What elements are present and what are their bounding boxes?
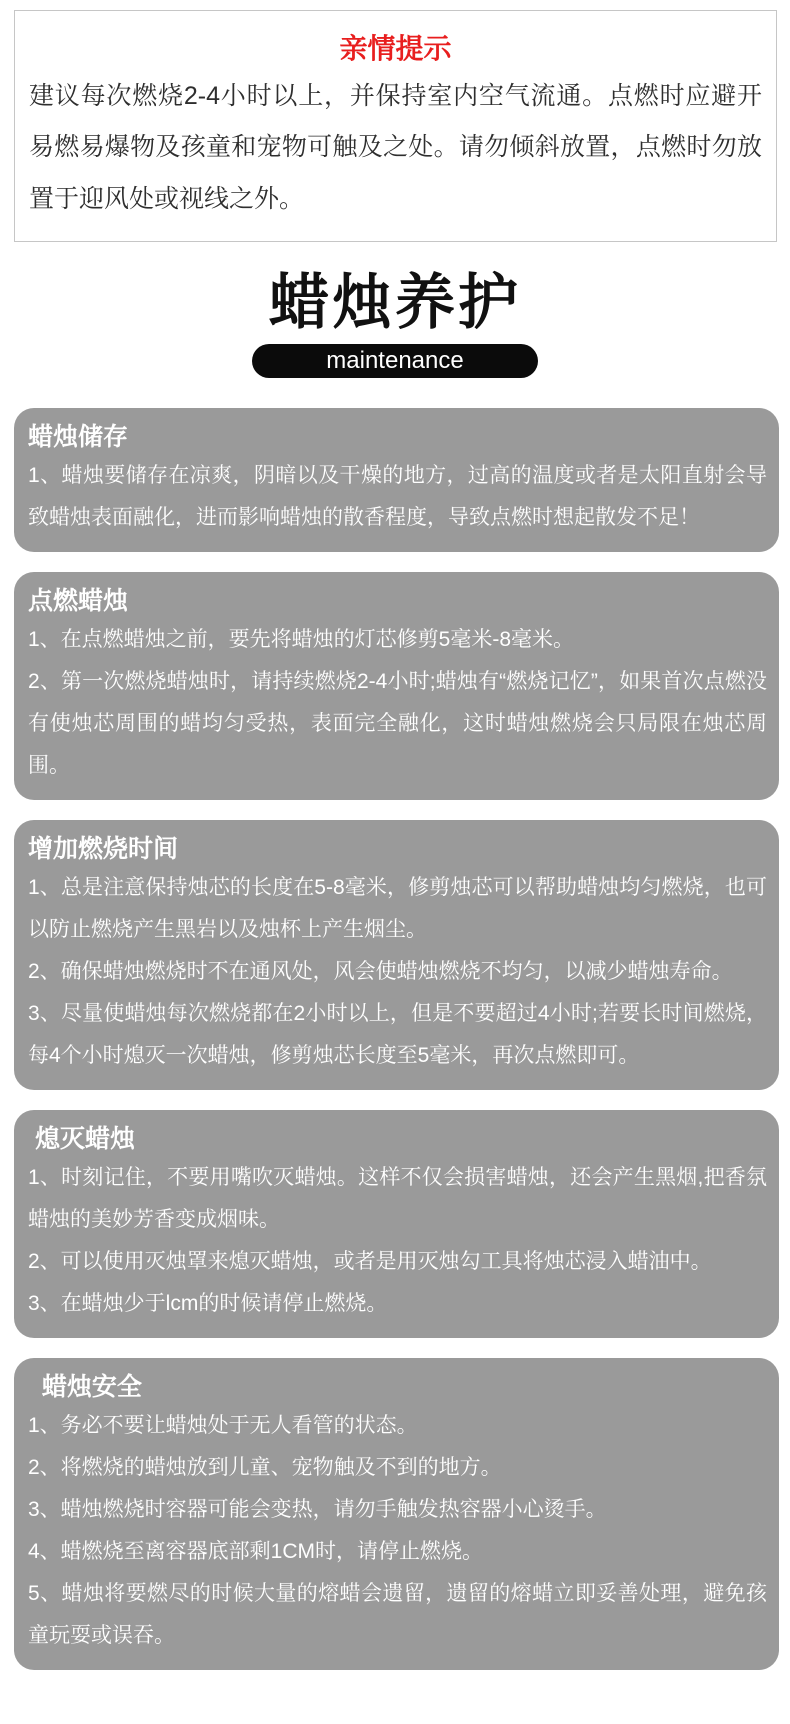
care-section-card: 蜡烛安全 1、务必不要让蜡烛处于无人看管的状态。2、将燃烧的蜡烛放到儿童、宠物触… [14,1358,779,1670]
care-section-card: 增加燃烧时间 1、总是注意保持烛芯的长度在5-8毫米，修剪烛芯可以帮助蜡烛均匀燃… [14,820,779,1090]
care-section-title: 增加燃烧时间 [28,831,767,867]
care-item: 5、蜡烛将要燃尽的时候大量的熔蜡会遗留，遗留的熔蜡立即妥善处理，避免孩童玩耍或误… [28,1573,767,1657]
care-item: 4、蜡燃烧至离容器底部剩1CM时，请停止燃烧。 [28,1531,767,1573]
care-section-card: 点燃蜡烛 1、在点燃蜡烛之前，要先将蜡烛的灯芯修剪5毫米-8毫米。2、第一次燃烧… [14,572,779,800]
friendly-notice-box: 亲情提示 建议每次燃烧2-4小时以上，并保持室内空气流通。点燃时应避开易燃易爆物… [14,10,777,242]
care-section-body: 1、蜡烛要储存在凉爽，阴暗以及干燥的地方，过高的温度或者是太阳直射会导致蜡烛表面… [28,455,767,539]
care-section-body: 1、在点燃蜡烛之前，要先将蜡烛的灯芯修剪5毫米-8毫米。2、第一次燃烧蜡烛时，请… [28,619,767,787]
care-section-title: 蜡烛安全 [28,1369,767,1405]
care-item: 1、时刻记住，不要用嘴吹灭蜡烛。这样不仅会损害蜡烛，还会产生黑烟,把香氛蜡烛的美… [28,1157,767,1241]
care-section-title: 蜡烛储存 [28,419,767,455]
care-item: 3、在蜡烛少于lcm的时候请停止燃烧。 [28,1283,767,1325]
care-item: 2、确保蜡烛燃烧时不在通风处，风会使蜡烛燃烧不均匀，以减少蜡烛寿命。 [28,951,767,993]
page-title: 蜡烛养护 [0,270,790,336]
care-item: 3、蜡烛燃烧时容器可能会变热，请勿手触发热容器小心烫手。 [28,1489,767,1531]
candle-care-page: 亲情提示 建议每次燃烧2-4小时以上，并保持室内空气流通。点燃时应避开易燃易爆物… [0,10,790,1724]
care-item: 1、务必不要让蜡烛处于无人看管的状态。 [28,1405,767,1447]
care-sections: 蜡烛储存 1、蜡烛要储存在凉爽，阴暗以及干燥的地方，过高的温度或者是太阳直射会导… [14,408,779,1670]
subtitle-pill: maintenance [252,344,538,378]
care-item: 1、蜡烛要储存在凉爽，阴暗以及干燥的地方，过高的温度或者是太阳直射会导致蜡烛表面… [28,455,767,539]
care-section-title: 点燃蜡烛 [28,583,767,619]
notice-body-text: 建议每次燃烧2-4小时以上，并保持室内空气流通。点燃时应避开易燃易爆物及孩童和宠… [29,71,762,225]
care-section-body: 1、总是注意保持烛芯的长度在5-8毫米，修剪烛芯可以帮助蜡烛均匀燃烧，也可以防止… [28,867,767,1077]
notice-title: 亲情提示 [29,27,762,67]
care-item: 2、第一次燃烧蜡烛时，请持续燃烧2-4小时;蜡烛有“燃烧记忆”，如果首次点燃没有… [28,661,767,787]
care-section-body: 1、时刻记住，不要用嘴吹灭蜡烛。这样不仅会损害蜡烛，还会产生黑烟,把香氛蜡烛的美… [28,1157,767,1325]
care-item: 3、尽量使蜡烛每次燃烧都在2小时以上，但是不要超过4小时;若要长时间燃烧，每4个… [28,993,767,1077]
care-section-title: 熄灭蜡烛 [28,1121,767,1157]
care-section-card: 蜡烛储存 1、蜡烛要储存在凉爽，阴暗以及干燥的地方，过高的温度或者是太阳直射会导… [14,408,779,552]
care-item: 2、将燃烧的蜡烛放到儿童、宠物触及不到的地方。 [28,1447,767,1489]
care-item: 2、可以使用灭烛罩来熄灭蜡烛，或者是用灭烛勾工具将烛芯浸入蜡油中。 [28,1241,767,1283]
care-section-body: 1、务必不要让蜡烛处于无人看管的状态。2、将燃烧的蜡烛放到儿童、宠物触及不到的地… [28,1405,767,1657]
care-item: 1、总是注意保持烛芯的长度在5-8毫米，修剪烛芯可以帮助蜡烛均匀燃烧，也可以防止… [28,867,767,951]
care-section-card: 熄灭蜡烛 1、时刻记住，不要用嘴吹灭蜡烛。这样不仅会损害蜡烛，还会产生黑烟,把香… [14,1110,779,1338]
care-item: 1、在点燃蜡烛之前，要先将蜡烛的灯芯修剪5毫米-8毫米。 [28,619,767,661]
